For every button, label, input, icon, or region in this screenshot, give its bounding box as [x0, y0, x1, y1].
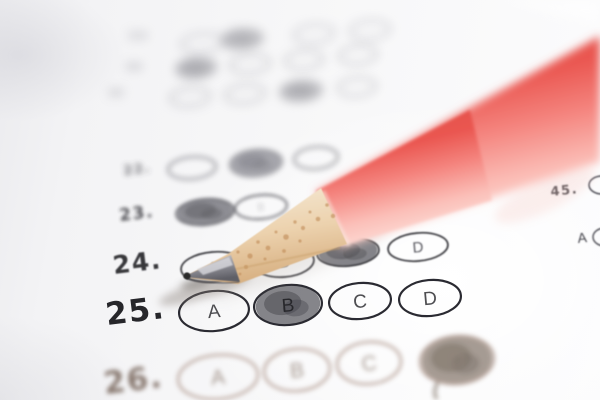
top-right-haze	[500, 0, 600, 26]
bubble-outline	[293, 145, 339, 171]
bubble-19-A	[180, 32, 223, 54]
bubble-outline	[224, 83, 265, 104]
bubble-25-B: B	[252, 282, 323, 328]
bubble-outline	[284, 49, 323, 70]
bubble-20-C	[284, 49, 323, 70]
bubble-21-D	[337, 76, 376, 97]
bubble-20-D	[338, 44, 377, 65]
answer-row-22: 22.	[123, 145, 339, 181]
bubble-25-C: C	[328, 280, 393, 321]
question-number-smudge-21	[108, 88, 124, 97]
bubble-22-C	[293, 145, 339, 171]
question-number-smudge-20	[125, 62, 143, 71]
bubble-19-B	[220, 27, 264, 51]
question-number-22: 22.	[123, 161, 152, 179]
bubble-22-B	[229, 148, 283, 178]
bubble-outline	[293, 23, 334, 44]
bubble-21-C	[279, 79, 323, 103]
bubble-26-A: A	[176, 352, 260, 400]
photo-answer-sheet-with-pencil: 22.23.B24.ABCD25.ABCD26.ABCD 45. A	[0, 0, 600, 400]
bubble-19-D	[349, 19, 390, 40]
bubble-20-A	[175, 56, 217, 79]
scribble-tail	[434, 382, 440, 399]
question-number-26: 26.	[102, 359, 165, 400]
question-number-24: 24.	[111, 245, 163, 280]
bubble-letter: C	[352, 291, 368, 313]
bubble-46-letter-a: A	[577, 229, 589, 246]
answer-row-23: 23.B	[118, 193, 288, 228]
question-number-25: 25.	[104, 290, 167, 333]
bubble-outline	[167, 155, 217, 181]
bubble-letter: B	[289, 359, 305, 383]
photo-canvas: 22.23.B24.ABCD25.ABCD26.ABCD 45. A	[0, 0, 600, 400]
bubble-outline	[349, 19, 390, 40]
bubble-letter: A	[207, 301, 222, 323]
bubble-21-B	[224, 83, 265, 104]
answer-row-26: 26.ABCD	[102, 333, 497, 400]
pencil-body-near	[316, 110, 492, 246]
bubble-letter: D	[412, 239, 424, 257]
bubble-23-B: B	[234, 193, 288, 221]
bubble-24-D: D	[387, 230, 449, 263]
bubble-21-A	[169, 86, 210, 107]
bubble-letter: D	[449, 349, 466, 373]
bubble-26-D: D	[418, 333, 497, 400]
answer-row-19	[128, 19, 391, 54]
bubble-25-D: D	[398, 277, 463, 318]
bubble-letter: C	[361, 352, 378, 376]
question-number-23: 23.	[118, 202, 155, 226]
bubble-26-C: C	[335, 339, 402, 386]
bubble-letter: D	[422, 288, 438, 310]
bubble-outline	[169, 86, 210, 107]
bubble-letter: B	[257, 202, 265, 215]
bubble-22-A	[167, 155, 217, 181]
bubble-outline	[180, 32, 223, 54]
answer-row-25: 25.ABCD	[104, 277, 463, 334]
bubble-20-B	[229, 53, 270, 74]
bubble-outline	[337, 76, 376, 97]
bubble-23-A	[175, 197, 235, 228]
bubble-letter: B	[281, 295, 295, 317]
bubble-outline	[338, 44, 377, 65]
bubble-46-partial	[593, 228, 600, 246]
graphite-tip-point	[183, 272, 190, 279]
answer-row-20	[125, 44, 378, 79]
bubble-26-B: B	[262, 346, 331, 394]
bubble-19-C	[293, 23, 334, 44]
bubble-letter: A	[210, 366, 226, 390]
answer-row-21	[108, 76, 377, 107]
bubble-outline	[229, 53, 270, 74]
question-number-smudge-19	[128, 31, 148, 40]
